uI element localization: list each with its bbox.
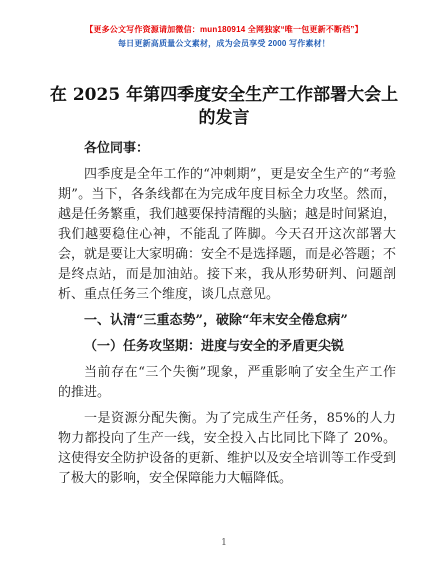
document-title: 在 2025 年第四季度安全生产工作部署大会上的发言	[44, 84, 404, 130]
page-number: 1	[0, 538, 448, 548]
document-body: 各位同事： 四季度是全年工作的“冲刺期”，更是安全生产的“考验期”。当下，各条线…	[58, 139, 396, 489]
salutation: 各位同事：	[58, 139, 396, 159]
paragraph-body-1: 当前存在“三个失衡”现象，严重影响了安全生产工作的推进。	[58, 363, 396, 403]
paragraph-intro: 四季度是全年工作的“冲刺期”，更是安全生产的“考验期”。当下，各条线都在为完成年…	[58, 165, 396, 305]
promo-watermark-blue-line: 每日更新高质量公文素材，成为会员享受 2000 写作素材！	[0, 37, 448, 51]
paragraph-body-2: 一是资源分配失衡。为了完成生产任务，85%的人力物力都投向了生产一线，安全投入占…	[58, 409, 396, 489]
section-heading-level2: （一）任务攻坚期：进度与安全的矛盾更尖锐	[58, 337, 396, 357]
document-page: 【更多公文写作资源请加微信：mun180914 全网独家“唯一包更新不断档”】 …	[0, 0, 448, 580]
promo-watermark-red-line: 【更多公文写作资源请加微信：mun180914 全网独家“唯一包更新不断档”】	[0, 23, 448, 37]
promo-watermark: 【更多公文写作资源请加微信：mun180914 全网独家“唯一包更新不断档”】 …	[0, 0, 448, 51]
section-heading-level1: 一、认清“三重态势”，破除“年末安全倦怠病”	[58, 311, 396, 331]
